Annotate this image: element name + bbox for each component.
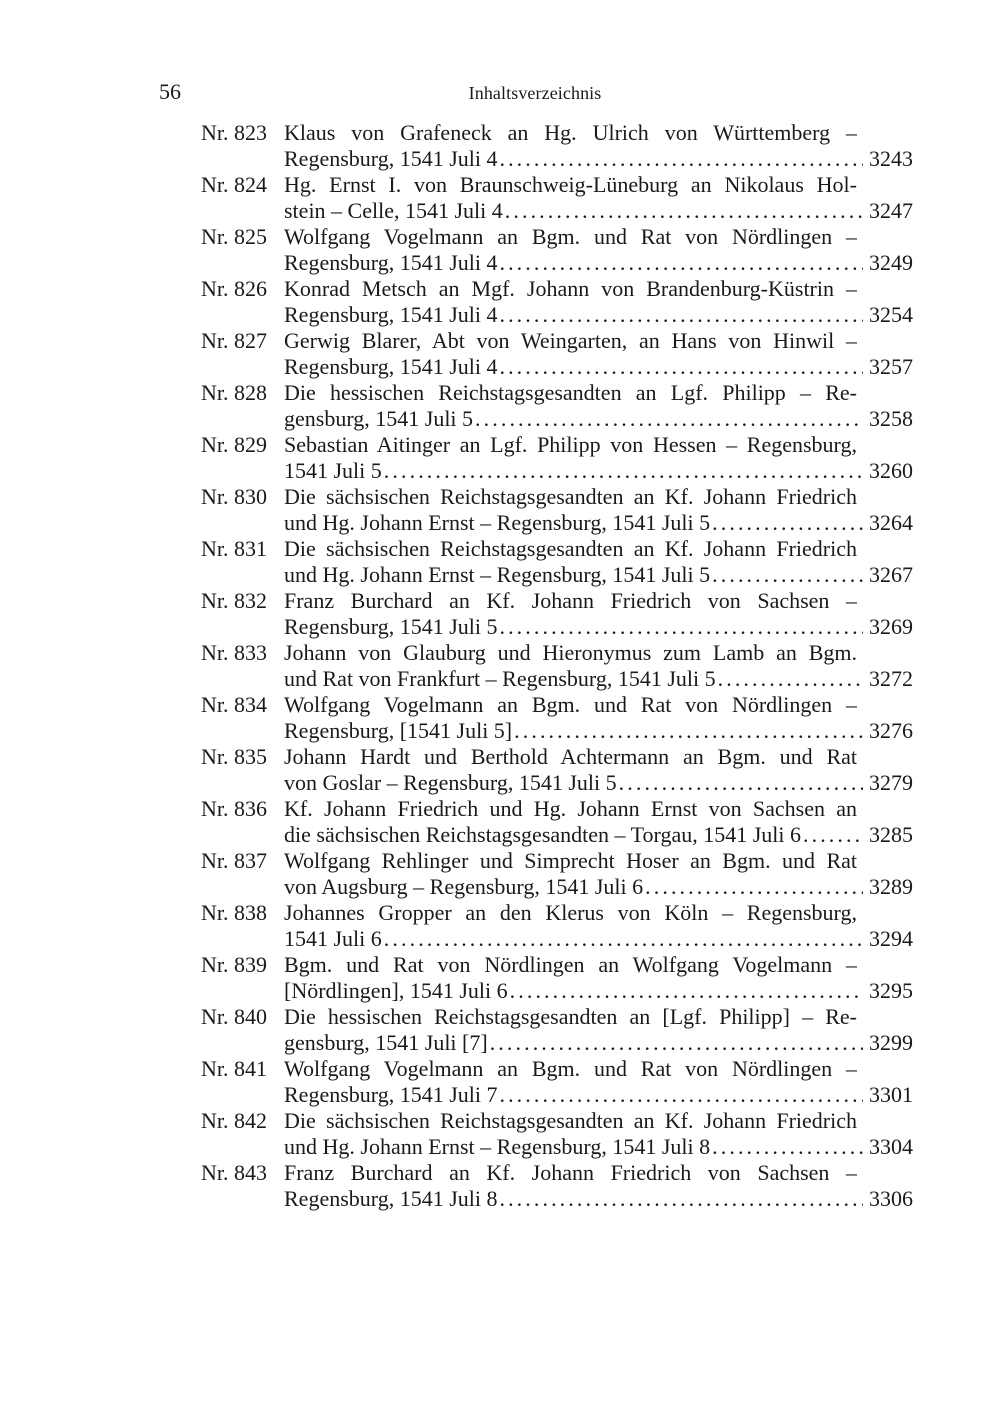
- entry-page-number: 3294: [869, 926, 913, 952]
- entry-title-continuation: und Hg. Johann Ernst – Regensburg, 1541 …: [284, 562, 913, 588]
- toc-entry: Nr. 824Hg. Ernst I. von Braunschweig-Lün…: [201, 172, 913, 224]
- entry-title-continuation: 1541 Juli 53260: [284, 458, 913, 484]
- table-of-contents: Nr. 823Klaus von Grafeneck an Hg. Ulrich…: [201, 120, 913, 1212]
- entry-place-date: [Nördlingen], 1541 Juli 6: [284, 978, 508, 1004]
- entry-title-continuation: Regensburg, 1541 Juli 43254: [284, 302, 913, 328]
- toc-entry: Nr. 831Die sächsischen Reichstagsgesandt…: [201, 536, 913, 588]
- entry-title-continuation: von Goslar – Regensburg, 1541 Juli 53279: [284, 770, 913, 796]
- entry-number: Nr. 842: [201, 1108, 267, 1134]
- entry-place-date: und Rat von Frankfurt – Regensburg, 1541…: [284, 666, 716, 692]
- entry-title: Wolfgang Vogelmann an Bgm. und Rat von N…: [284, 1056, 857, 1082]
- entry-number: Nr. 823: [201, 120, 267, 146]
- dot-leader: [712, 562, 863, 588]
- dot-leader: [712, 510, 863, 536]
- dot-leader: [384, 458, 863, 484]
- entry-number: Nr. 841: [201, 1056, 267, 1082]
- dot-leader: [712, 1134, 863, 1160]
- toc-entry: Nr. 833Johann von Glauburg und Hieronymu…: [201, 640, 913, 692]
- entry-page-number: 3264: [869, 510, 913, 536]
- entry-place-date: Regensburg, 1541 Juli 4: [284, 302, 497, 328]
- entry-title-continuation: stein – Celle, 1541 Juli 43247: [284, 198, 913, 224]
- entry-number: Nr. 838: [201, 900, 267, 926]
- entry-title: Johann von Glauburg und Hieronymus zum L…: [284, 640, 857, 666]
- toc-entry: Nr. 829Sebastian Aitinger an Lgf. Philip…: [201, 432, 913, 484]
- entry-title-continuation: Regensburg, [1541 Juli 5]3276: [284, 718, 913, 744]
- toc-entry: Nr. 839Bgm. und Rat von Nördlingen an Wo…: [201, 952, 913, 1004]
- entry-title: Die sächsischen Reichstagsgesandten an K…: [284, 536, 857, 562]
- entry-title-continuation: Regensburg, 1541 Juli 43243: [284, 146, 913, 172]
- toc-entry: Nr. 832Franz Burchard an Kf. Johann Frie…: [201, 588, 913, 640]
- entry-title: Bgm. und Rat von Nördlingen an Wolfgang …: [284, 952, 857, 978]
- entry-number: Nr. 843: [201, 1160, 267, 1186]
- entry-title-continuation: Regensburg, 1541 Juli 43249: [284, 250, 913, 276]
- entry-place-date: von Goslar – Regensburg, 1541 Juli 5: [284, 770, 617, 796]
- toc-entry: Nr. 835Johann Hardt und Berthold Achterm…: [201, 744, 913, 796]
- dot-leader: [645, 874, 863, 900]
- dot-leader: [499, 614, 863, 640]
- entry-page-number: 3276: [869, 718, 913, 744]
- entry-page-number: 3247: [869, 198, 913, 224]
- entry-number: Nr. 824: [201, 172, 267, 198]
- entry-page-number: 3306: [869, 1186, 913, 1212]
- toc-entry: Nr. 825Wolfgang Vogelmann an Bgm. und Ra…: [201, 224, 913, 276]
- entry-page-number: 3299: [869, 1030, 913, 1056]
- toc-entry: Nr. 843Franz Burchard an Kf. Johann Frie…: [201, 1160, 913, 1212]
- entry-title: Franz Burchard an Kf. Johann Friedrich v…: [284, 1160, 857, 1186]
- entry-number: Nr. 836: [201, 796, 267, 822]
- entry-place-date: gensburg, 1541 Juli 5: [284, 406, 473, 432]
- entry-title-continuation: und Hg. Johann Ernst – Regensburg, 1541 …: [284, 1134, 913, 1160]
- entry-page-number: 3301: [869, 1082, 913, 1108]
- entry-number: Nr. 829: [201, 432, 267, 458]
- entry-title: Sebastian Aitinger an Lgf. Philipp von H…: [284, 432, 857, 458]
- entry-title: Hg. Ernst I. von Braunschweig-Lüneburg a…: [284, 172, 857, 198]
- dot-leader: [499, 302, 863, 328]
- toc-entry: Nr. 834Wolfgang Vogelmann an Bgm. und Ra…: [201, 692, 913, 744]
- entry-number: Nr. 832: [201, 588, 267, 614]
- entry-page-number: 3267: [869, 562, 913, 588]
- entry-title: Wolfgang Vogelmann an Bgm. und Rat von N…: [284, 692, 857, 718]
- entry-title: Franz Burchard an Kf. Johann Friedrich v…: [284, 588, 857, 614]
- toc-entry: Nr. 823Klaus von Grafeneck an Hg. Ulrich…: [201, 120, 913, 172]
- dot-leader: [619, 770, 863, 796]
- toc-entry: Nr. 841Wolfgang Vogelmann an Bgm. und Ra…: [201, 1056, 913, 1108]
- entry-place-date: Regensburg, 1541 Juli 7: [284, 1082, 497, 1108]
- entry-place-date: von Augsburg – Regensburg, 1541 Juli 6: [284, 874, 643, 900]
- entry-number: Nr. 831: [201, 536, 267, 562]
- toc-entry: Nr. 828Die hessischen Reichstagsgesandte…: [201, 380, 913, 432]
- entry-title-continuation: 1541 Juli 63294: [284, 926, 913, 952]
- toc-entry: Nr. 842Die sächsischen Reichstagsgesandt…: [201, 1108, 913, 1160]
- dot-leader: [505, 198, 863, 224]
- entry-title-continuation: gensburg, 1541 Juli 53258: [284, 406, 913, 432]
- dot-leader: [499, 354, 863, 380]
- entry-place-date: Regensburg, [1541 Juli 5]: [284, 718, 512, 744]
- entry-title-continuation: Regensburg, 1541 Juli 53269: [284, 614, 913, 640]
- entry-title-continuation: Regensburg, 1541 Juli 73301: [284, 1082, 913, 1108]
- entry-page-number: 3279: [869, 770, 913, 796]
- toc-entry: Nr. 836Kf. Johann Friedrich und Hg. Joha…: [201, 796, 913, 848]
- entry-place-date: und Hg. Johann Ernst – Regensburg, 1541 …: [284, 562, 710, 588]
- entry-page-number: 3254: [869, 302, 913, 328]
- entry-title: Die hessischen Reichstagsgesandten an [L…: [284, 1004, 857, 1030]
- dot-leader: [499, 1082, 863, 1108]
- entry-page-number: 3243: [869, 146, 913, 172]
- entry-place-date: Regensburg, 1541 Juli 4: [284, 250, 497, 276]
- toc-entry: Nr. 827Gerwig Blarer, Abt von Weingarten…: [201, 328, 913, 380]
- entry-place-date: und Hg. Johann Ernst – Regensburg, 1541 …: [284, 1134, 710, 1160]
- dot-leader: [499, 146, 863, 172]
- entry-page-number: 3269: [869, 614, 913, 640]
- entry-title: Gerwig Blarer, Abt von Weingarten, an Ha…: [284, 328, 857, 354]
- entry-number: Nr. 827: [201, 328, 267, 354]
- entry-title-continuation: gensburg, 1541 Juli [7]3299: [284, 1030, 913, 1056]
- entry-page-number: 3272: [869, 666, 913, 692]
- entry-title: Klaus von Grafeneck an Hg. Ulrich von Wü…: [284, 120, 857, 146]
- dot-leader: [384, 926, 863, 952]
- dot-leader: [514, 718, 863, 744]
- entry-place-date: stein – Celle, 1541 Juli 4: [284, 198, 503, 224]
- toc-entry: Nr. 830Die sächsischen Reichstagsgesandt…: [201, 484, 913, 536]
- toc-entry: Nr. 826Konrad Metsch an Mgf. Johann von …: [201, 276, 913, 328]
- entry-page-number: 3257: [869, 354, 913, 380]
- entry-title-continuation: Regensburg, 1541 Juli 43257: [284, 354, 913, 380]
- entry-number: Nr. 835: [201, 744, 267, 770]
- entry-title: Wolfgang Vogelmann an Bgm. und Rat von N…: [284, 224, 857, 250]
- entry-number: Nr. 825: [201, 224, 267, 250]
- entry-title-continuation: die sächsischen Reichstagsgesandten – To…: [284, 822, 913, 848]
- entry-page-number: 3258: [869, 406, 913, 432]
- entry-title: Die sächsischen Reichstagsgesandten an K…: [284, 484, 857, 510]
- dot-leader: [475, 406, 863, 432]
- running-head: Inhaltsverzeichnis: [0, 80, 1004, 106]
- toc-entry: Nr. 838Johannes Gropper an den Klerus vo…: [201, 900, 913, 952]
- entry-page-number: 3285: [869, 822, 913, 848]
- entry-place-date: 1541 Juli 6: [284, 926, 382, 952]
- entry-title: Konrad Metsch an Mgf. Johann von Branden…: [284, 276, 857, 302]
- entry-place-date: die sächsischen Reichstagsgesandten – To…: [284, 822, 801, 848]
- entry-page-number: 3249: [869, 250, 913, 276]
- entry-page-number: 3304: [869, 1134, 913, 1160]
- dot-leader: [490, 1030, 863, 1056]
- entry-number: Nr. 826: [201, 276, 267, 302]
- entry-place-date: Regensburg, 1541 Juli 4: [284, 146, 497, 172]
- entry-title-continuation: und Hg. Johann Ernst – Regensburg, 1541 …: [284, 510, 913, 536]
- entry-place-date: Regensburg, 1541 Juli 5: [284, 614, 497, 640]
- entry-title: Die sächsischen Reichstagsgesandten an K…: [284, 1108, 857, 1134]
- entry-number: Nr. 833: [201, 640, 267, 666]
- entry-title-continuation: von Augsburg – Regensburg, 1541 Juli 632…: [284, 874, 913, 900]
- dot-leader: [803, 822, 863, 848]
- entry-number: Nr. 840: [201, 1004, 267, 1030]
- dot-leader: [718, 666, 863, 692]
- entry-title: Die hessischen Reichstagsgesandten an Lg…: [284, 380, 857, 406]
- entry-number: Nr. 834: [201, 692, 267, 718]
- entry-title: Kf. Johann Friedrich und Hg. Johann Erns…: [284, 796, 857, 822]
- dot-leader: [510, 978, 863, 1004]
- toc-entry: Nr. 837Wolfgang Rehlinger und Simprecht …: [201, 848, 913, 900]
- entry-title-continuation: und Rat von Frankfurt – Regensburg, 1541…: [284, 666, 913, 692]
- entry-title-continuation: [Nördlingen], 1541 Juli 63295: [284, 978, 913, 1004]
- entry-number: Nr. 837: [201, 848, 267, 874]
- entry-place-date: Regensburg, 1541 Juli 4: [284, 354, 497, 380]
- entry-number: Nr. 830: [201, 484, 267, 510]
- entry-place-date: 1541 Juli 5: [284, 458, 382, 484]
- entry-page-number: 3289: [869, 874, 913, 900]
- dot-leader: [499, 1186, 863, 1212]
- entry-number: Nr. 828: [201, 380, 267, 406]
- entry-place-date: und Hg. Johann Ernst – Regensburg, 1541 …: [284, 510, 710, 536]
- entry-place-date: gensburg, 1541 Juli [7]: [284, 1030, 488, 1056]
- dot-leader: [499, 250, 863, 276]
- entry-title: Wolfgang Rehlinger und Simprecht Hoser a…: [284, 848, 857, 874]
- entry-title: Johannes Gropper an den Klerus von Köln …: [284, 900, 857, 926]
- entry-page-number: 3260: [869, 458, 913, 484]
- entry-title: Johann Hardt und Berthold Achtermann an …: [284, 744, 857, 770]
- entry-place-date: Regensburg, 1541 Juli 8: [284, 1186, 497, 1212]
- toc-entry: Nr. 840Die hessischen Reichstagsgesandte…: [201, 1004, 913, 1056]
- entry-page-number: 3295: [869, 978, 913, 1004]
- entry-title-continuation: Regensburg, 1541 Juli 83306: [284, 1186, 913, 1212]
- entry-number: Nr. 839: [201, 952, 267, 978]
